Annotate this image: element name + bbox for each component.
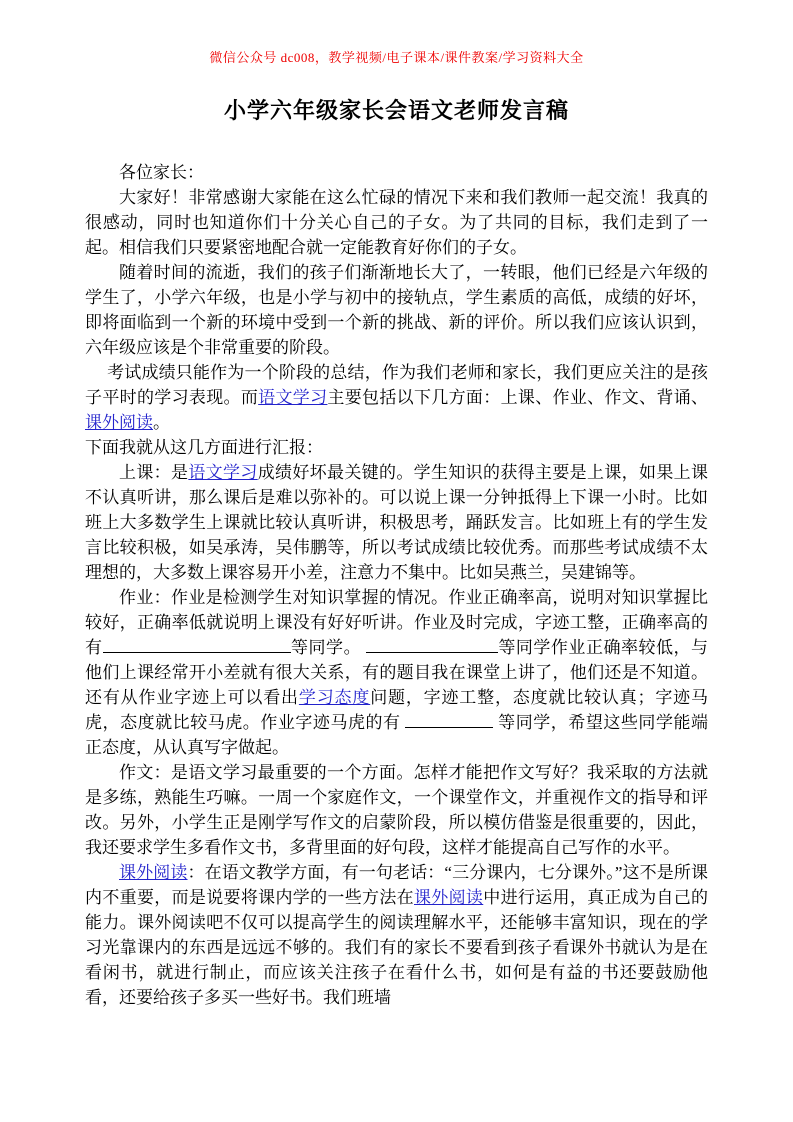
paragraph: 随着时间的流逝，我们的孩子们渐渐地长大了，一转眼，他们已经是六年级的学生了，小学…	[85, 260, 708, 360]
paragraph-text: 。	[153, 413, 170, 432]
watermark-header: 微信公众号 dc008，教学视频/电子课本/课件教案/学习资料大全	[0, 0, 793, 68]
blank-underline	[366, 635, 498, 653]
paragraph-text: 随着时间的流逝，我们的孩子们渐渐地长大了，一转眼，他们已经是六年级的学生了，小学…	[85, 263, 708, 357]
paragraph: 课外阅读：在语文教学方面，有一句老话：“三分课内，七分课外。”这不是所课内不重要…	[85, 860, 708, 1010]
page-title: 小学六年级家长会语文老师发言稿	[0, 95, 793, 127]
document-page: 微信公众号 dc008，教学视频/电子课本/课件教案/学习资料大全 小学六年级家…	[0, 0, 793, 1122]
paragraph: 下面我就从这几方面进行汇报：	[85, 435, 708, 460]
paragraph: 作文：是语文学习最重要的一个方面。怎样才能把作文写好？我采取的方法就是多练，熟能…	[85, 760, 708, 860]
paragraph-text: 作文：是语文学习最重要的一个方面。怎样才能把作文写好？我采取的方法就是多练，熟能…	[85, 763, 708, 857]
paragraph: 大家好！非常感谢大家能在这么忙碌的情况下来和我们教师一起交流！我真的很感动，同时…	[85, 185, 708, 260]
paragraph: 作业：作业是检测学生对知识掌握的情况。作业正确率高，说明对知识掌握比较好，正确率…	[85, 585, 708, 760]
paragraph-text: 大家好！非常感谢大家能在这么忙碌的情况下来和我们教师一起交流！我真的很感动，同时…	[85, 188, 708, 257]
inline-link[interactable]: 课外阅读	[414, 888, 483, 907]
inline-link[interactable]: 课外阅读	[119, 863, 188, 882]
paragraph-text: 上课：是	[119, 463, 188, 482]
inline-link[interactable]: 语文学习	[258, 388, 327, 407]
blank-underline	[103, 635, 291, 653]
paragraph: 上课：是语文学习成绩好坏最关键的。学生知识的获得主要是上课，如果上课不认真听讲，…	[85, 460, 708, 585]
paragraph-text: 下面我就从这几方面进行汇报：	[85, 438, 323, 457]
paragraph: 考试成绩只能作为一个阶段的总结，作为我们老师和家长，我们更应关注的是孩子平时的学…	[85, 360, 708, 435]
document-body: 各位家长：大家好！非常感谢大家能在这么忙碌的情况下来和我们教师一起交流！我真的很…	[0, 160, 793, 1010]
inline-link[interactable]: 语文学习	[188, 463, 257, 482]
paragraph-text: 各位家长：	[119, 163, 204, 182]
paragraph: 各位家长：	[85, 160, 708, 185]
paragraph-text: 主要包括以下几方面：上课、作业、作文、背诵、	[327, 388, 708, 407]
inline-link[interactable]: 课外阅读	[85, 413, 153, 432]
inline-link[interactable]: 学习态度	[299, 688, 370, 707]
paragraph-text: 等同学。	[291, 638, 366, 657]
blank-underline	[405, 710, 493, 728]
